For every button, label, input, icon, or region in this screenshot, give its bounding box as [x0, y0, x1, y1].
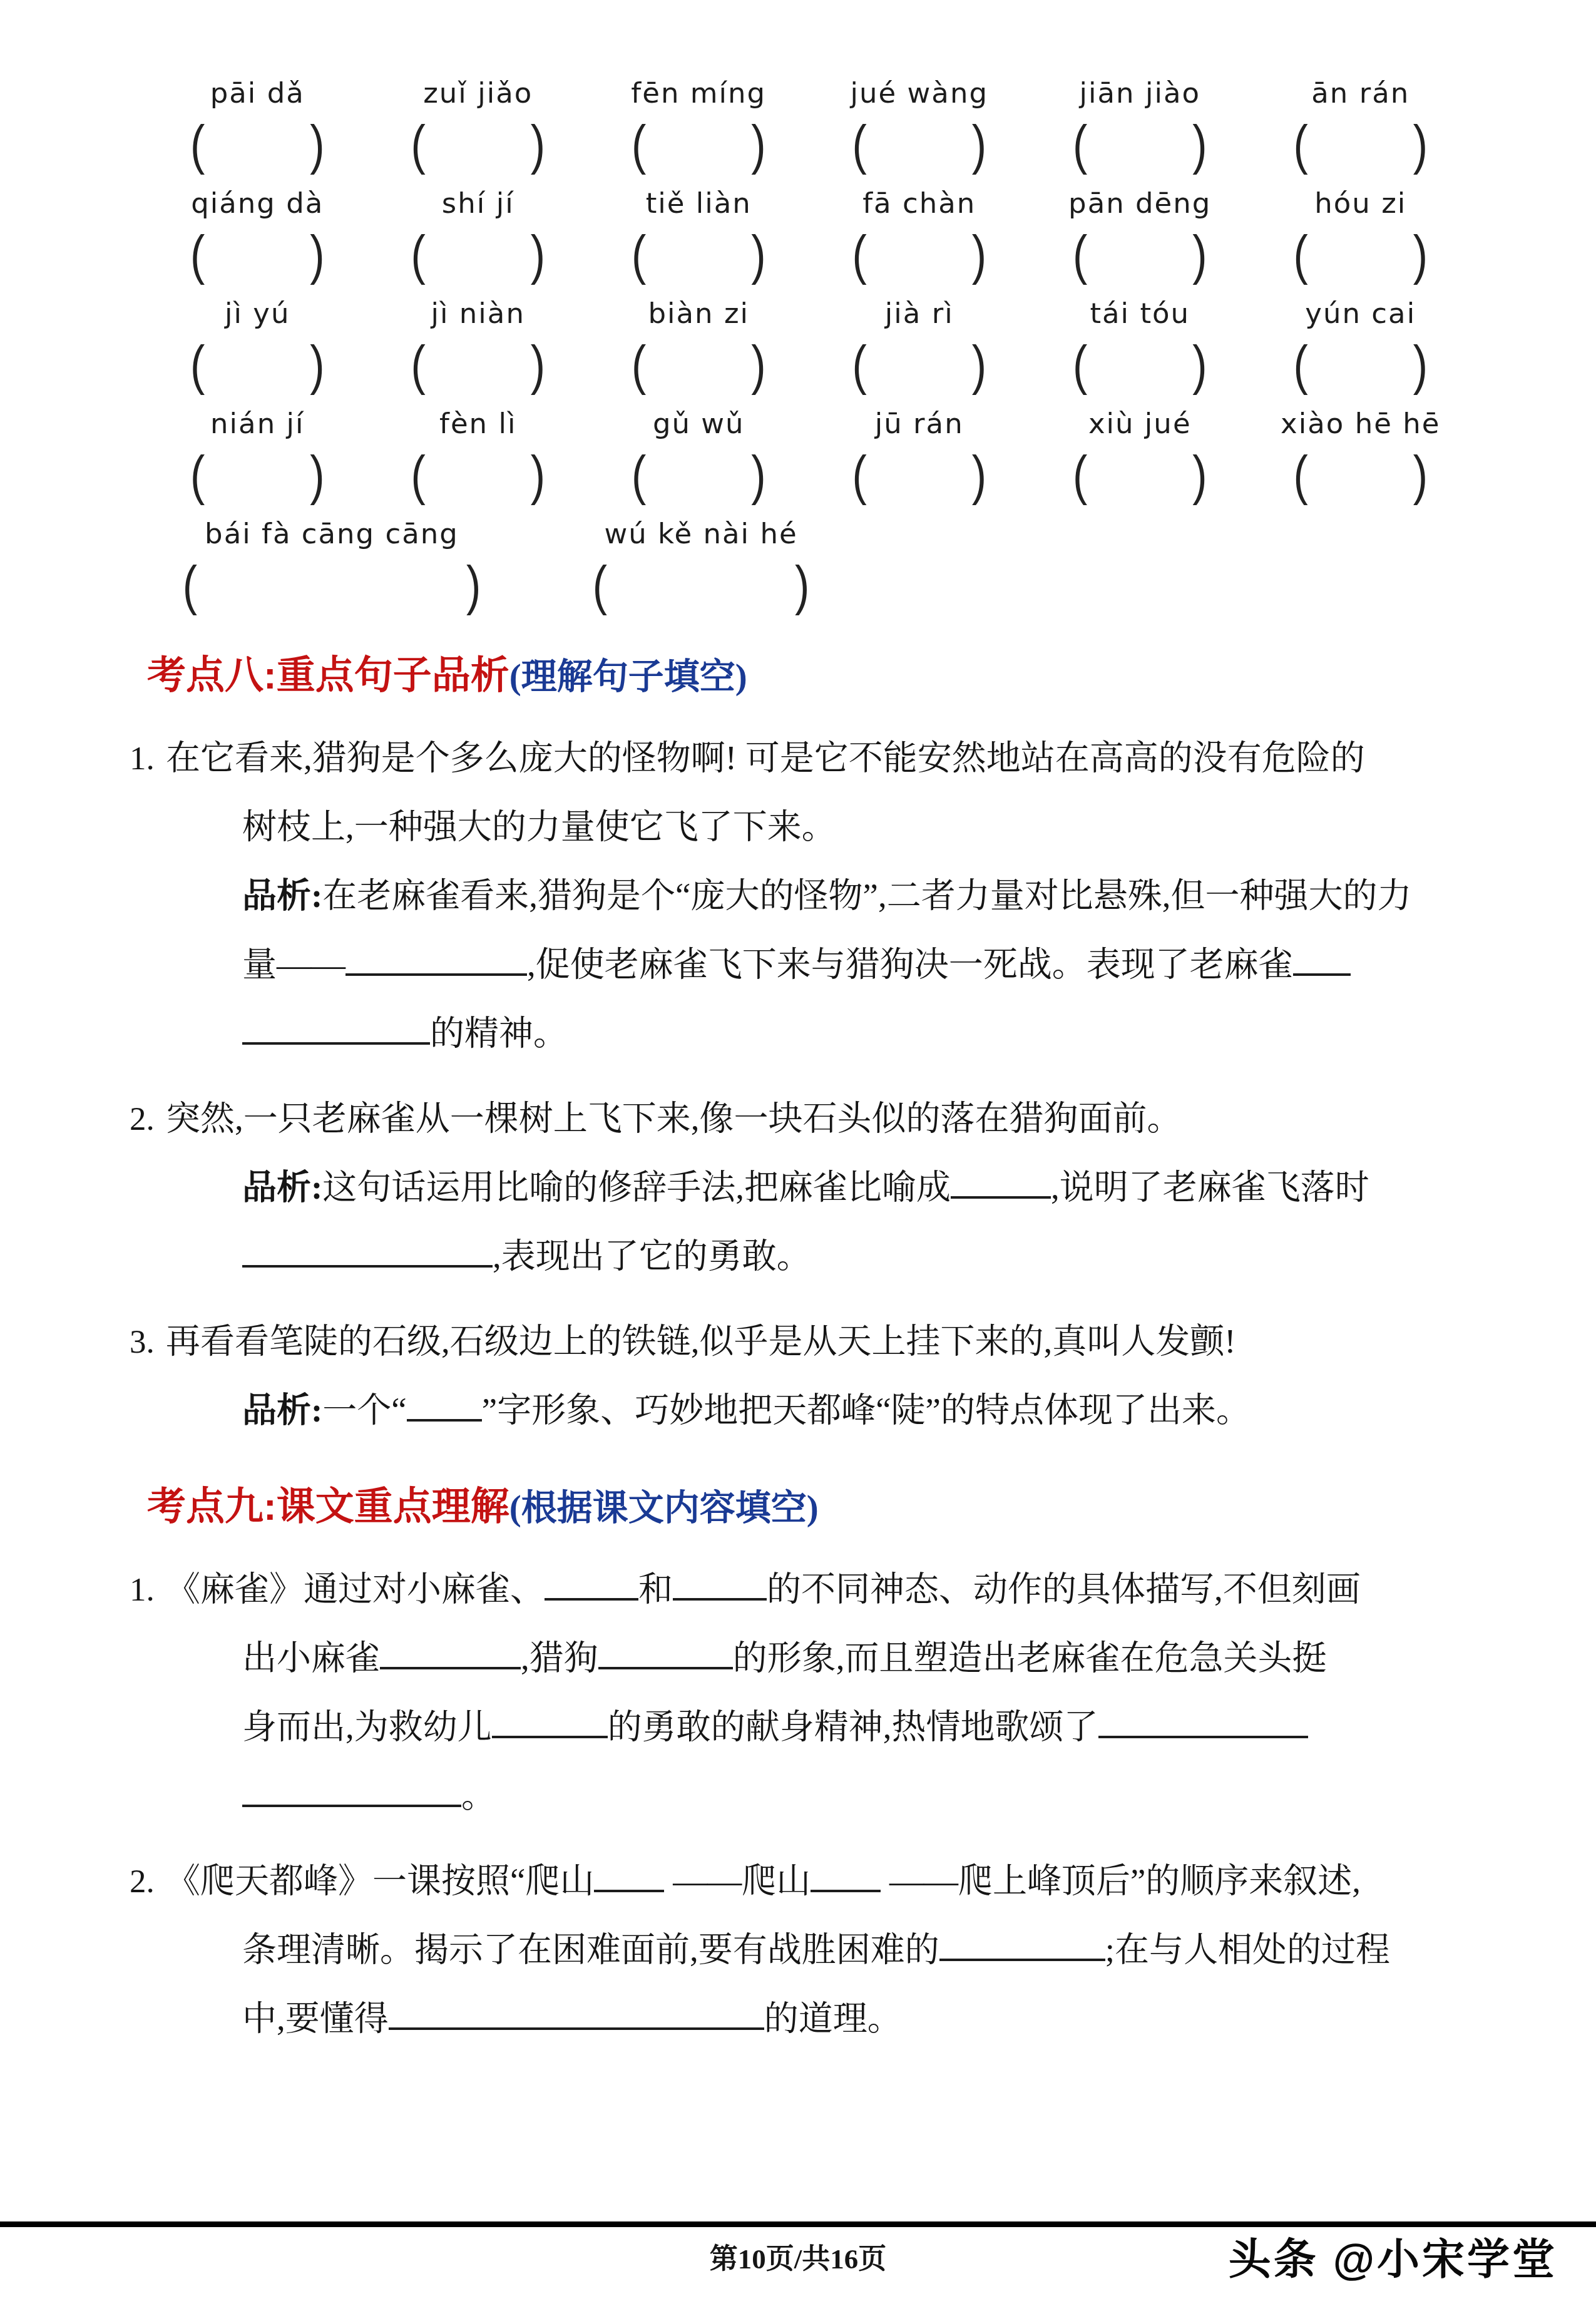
item-number: 1. [130, 1555, 166, 1624]
item-line: ,表现出了它的勇敢。 [242, 1222, 1541, 1291]
line-text: 的精神。 [430, 1014, 568, 1052]
pinyin-text: ān rán [1251, 70, 1471, 116]
worksheet-item: 1.在它看来,猎狗是个多么庞大的怪物啊! 可是它不能安然地站在高高的没有危险的树… [66, 724, 1541, 1068]
pinyin-text: shí jí [368, 180, 589, 227]
item-line: 树枝上,一种强大的力量使它飞了下来。 [242, 792, 1541, 861]
item-line: 品析:一个“”字形象、巧妙地把天都峰“陡”的特点体现了出来。 [242, 1376, 1541, 1445]
item-line: 出小麻雀,猎狗的形象,而且塑造出老麻雀在危急关头挺 [242, 1624, 1541, 1693]
close-paren: ) [972, 221, 986, 289]
fill-blank [242, 1775, 461, 1807]
answer-parens: () [809, 227, 1030, 283]
line-text: ,表现出了它的勇敢。 [493, 1237, 811, 1275]
pinyin-text: pān dēng [1030, 180, 1251, 227]
open-paren: ( [190, 221, 205, 289]
fill-blank [1293, 943, 1351, 976]
open-paren: ( [190, 441, 205, 509]
pinyin-item: jué wàng() [809, 70, 1030, 173]
line-text: 的不同神态、动作的具体描写,不但刻画 [767, 1570, 1361, 1608]
item-line: 品析:在老麻雀看来,猎狗是个“庞大的怪物”,二者力量对比悬殊,但一种强大的力 [242, 861, 1541, 930]
line-text: 身而出,为救幼儿 [242, 1708, 492, 1746]
analysis-label: 品析: [242, 1168, 322, 1206]
open-paren: ( [852, 221, 866, 289]
item-line: 3.再看看笔陡的石级,石级边上的铁链,似乎是从天上挂下来的,真叫人发颤! [130, 1307, 1541, 1376]
pinyin-text: pāi dǎ [147, 70, 368, 116]
close-paren: ) [795, 551, 809, 619]
analysis-label: 品析: [242, 1391, 322, 1429]
pinyin-text: jué wàng [809, 70, 1030, 116]
close-paren: ) [531, 441, 545, 509]
answer-parens: () [147, 337, 368, 393]
close-paren: ) [1192, 441, 1207, 509]
close-paren: ) [751, 331, 765, 399]
open-paren: ( [1293, 111, 1307, 178]
close-paren: ) [1413, 221, 1428, 289]
line-text: 在它看来,猎狗是个多么庞大的怪物啊! 可是它不能安然地站在高高的没有危险的 [166, 739, 1365, 777]
pinyin-row: qiáng dà()shí jí()tiě liàn()fā chàn()pān… [0, 180, 1596, 283]
close-paren: ) [310, 221, 324, 289]
line-text: 量—— [242, 945, 345, 983]
heading-note: (理解句子填空) [509, 657, 747, 697]
answer-parens: () [588, 227, 809, 283]
pinyin-item: jì yú() [147, 290, 368, 393]
pinyin-text: fā chàn [809, 180, 1030, 227]
item-line: 的精神。 [242, 999, 1541, 1068]
close-paren: ) [310, 441, 324, 509]
open-paren: ( [632, 331, 646, 399]
item-line: 2.《爬天都峰》一课按照“爬山 ——爬山 ——爬上峰顶后”的顺序来叙述, [130, 1847, 1541, 1915]
pinyin-text: jì niàn [368, 290, 589, 337]
pinyin-item: bái fà cāng cāng() [150, 511, 513, 613]
answer-parens: () [1030, 227, 1251, 283]
pinyin-text: jū rán [809, 401, 1030, 447]
pinyin-text: tái tóu [1030, 290, 1251, 337]
open-paren: ( [852, 441, 866, 509]
item-line: 品析:这句话运用比喻的修辞手法,把麻雀比喻成,说明了老麻雀飞落时 [242, 1153, 1541, 1222]
fill-blank [345, 943, 527, 976]
pinyin-item: zuǐ jiǎo() [368, 70, 589, 173]
pinyin-text: xiù jué [1030, 401, 1251, 447]
close-paren: ) [972, 441, 986, 509]
answer-parens: () [368, 447, 589, 503]
answer-parens: () [563, 557, 839, 613]
line-text: 这句话运用比喻的修辞手法,把麻雀比喻成 [322, 1168, 951, 1206]
close-paren: ) [972, 331, 986, 399]
pinyin-text: tiě liàn [588, 180, 809, 227]
line-text: 树枝上,一种强大的力量使它飞了下来。 [242, 807, 836, 846]
pinyin-item: gǔ wǔ() [588, 401, 809, 503]
pinyin-item: biàn zi() [588, 290, 809, 393]
fill-blank [407, 1389, 482, 1422]
pinyin-row: bái fà cāng cāng()wú kě nài hé() [0, 511, 1596, 613]
pinyin-row: nián jí()fèn lì()gǔ wǔ()jū rán()xiù jué(… [0, 401, 1596, 503]
pinyin-row: pāi dǎ()zuǐ jiǎo()fēn míng()jué wàng()ji… [0, 70, 1596, 173]
line-text: 一个“ [322, 1391, 406, 1429]
heading-note: (根据课文内容填空) [509, 1488, 819, 1528]
close-paren: ) [1413, 441, 1428, 509]
open-paren: ( [1073, 111, 1087, 178]
fill-blank [389, 1997, 764, 2030]
close-paren: ) [1192, 221, 1207, 289]
line-text: 的道理。 [764, 1999, 902, 2037]
pinyin-text: wú kě nài hé [563, 511, 839, 557]
pinyin-item: tái tóu() [1030, 290, 1251, 393]
line-text: 《麻雀》通过对小麻雀、 [166, 1570, 545, 1608]
item-line: 1.在它看来,猎狗是个多么庞大的怪物啊! 可是它不能安然地站在高高的没有危险的 [130, 724, 1541, 792]
item-number: 2. [130, 1085, 166, 1154]
answer-parens: () [588, 116, 809, 173]
line-text: ;在与人相处的过程 [1105, 1930, 1390, 1969]
fill-blank [380, 1637, 521, 1669]
line-text: ,说明了老麻雀飞落时 [1051, 1168, 1369, 1206]
line-text: 在老麻雀看来,猎狗是个“庞大的怪物”,二者力量对比悬殊,但一种强大的力 [322, 876, 1411, 915]
item-number: 1. [130, 724, 166, 793]
section-heading: 考点八:重点句子品析(理解句子填空) [147, 646, 1541, 706]
line-text: 的勇敢的献身精神,热情地歌颂了 [608, 1708, 1098, 1746]
open-paren: ( [632, 221, 646, 289]
line-text: 和 [638, 1570, 673, 1608]
close-paren: ) [531, 221, 545, 289]
open-paren: ( [1073, 441, 1087, 509]
pinyin-row: jì yú()jì niàn()biàn zi()jià rì()tái tóu… [0, 290, 1596, 393]
answer-parens: () [809, 116, 1030, 173]
fill-blank [1098, 1706, 1308, 1738]
pinyin-text: hóu zi [1251, 180, 1471, 227]
open-paren: ( [411, 111, 425, 178]
close-paren: ) [751, 441, 765, 509]
pinyin-item: yún cai() [1251, 290, 1471, 393]
heading-title: 考点九:课文重点理解 [147, 1485, 509, 1529]
pinyin-item: jì niàn() [368, 290, 589, 393]
fill-blank [242, 1235, 493, 1268]
close-paren: ) [751, 111, 765, 178]
fill-blank [492, 1706, 608, 1738]
pinyin-text: jì yú [147, 290, 368, 337]
pinyin-item: pāi dǎ() [147, 70, 368, 173]
close-paren: ) [751, 221, 765, 289]
fill-blank [811, 1860, 881, 1892]
close-paren: ) [972, 111, 986, 178]
fill-blank [545, 1568, 638, 1601]
answer-parens: () [1251, 227, 1471, 283]
item-line: 量——,促使老麻雀飞下来与猎狗决一死战。表现了老麻雀 [242, 930, 1541, 999]
answer-parens: () [147, 116, 368, 173]
worksheet-item: 2.突然,一只老麻雀从一棵树上飞下来,像一块石头似的落在猎狗面前。品析:这句话运… [66, 1084, 1541, 1291]
answer-parens: () [809, 337, 1030, 393]
pinyin-text: fèn lì [368, 401, 589, 447]
close-paren: ) [1413, 111, 1428, 178]
answer-parens: () [1251, 337, 1471, 393]
item-line: 2.突然,一只老麻雀从一棵树上飞下来,像一块石头似的落在猎狗面前。 [130, 1084, 1541, 1153]
line-text: ——爬上峰顶后”的顺序来叙述, [881, 1862, 1361, 1900]
open-paren: ( [1293, 331, 1307, 399]
pinyin-item: hóu zi() [1251, 180, 1471, 283]
answer-parens: () [150, 557, 513, 613]
line-text: 中,要懂得 [242, 1999, 389, 2037]
answer-parens: () [147, 447, 368, 503]
answer-parens: () [588, 447, 809, 503]
pinyin-text: yún cai [1251, 290, 1471, 337]
open-paren: ( [593, 551, 607, 619]
answer-parens: () [368, 227, 589, 283]
pinyin-text: fēn míng [588, 70, 809, 116]
pinyin-item: qiáng dà() [147, 180, 368, 283]
open-paren: ( [190, 331, 205, 399]
open-paren: ( [411, 221, 425, 289]
main-content: 考点八:重点句子品析(理解句子填空)1.在它看来,猎狗是个多么庞大的怪物啊! 可… [0, 646, 1596, 2053]
pinyin-text: gǔ wǔ [588, 401, 809, 447]
heading-title: 考点八:重点句子品析 [147, 654, 509, 697]
close-paren: ) [1192, 331, 1207, 399]
pinyin-text: zuǐ jiǎo [368, 70, 589, 116]
answer-parens: () [1251, 447, 1471, 503]
pinyin-item: xiào hē hē() [1251, 401, 1471, 503]
line-text: 条理清晰。揭示了在困难面前,要有战胜困难的 [242, 1930, 939, 1969]
close-paren: ) [531, 111, 545, 178]
worksheet-page: { "colors": { "heading_red": "#c41212", … [0, 0, 1596, 2316]
pinyin-item: tiě liàn() [588, 180, 809, 283]
pinyin-text: qiáng dà [147, 180, 368, 227]
pinyin-item: nián jí() [147, 401, 368, 503]
open-paren: ( [411, 331, 425, 399]
pinyin-item: shí jí() [368, 180, 589, 283]
line-text: 突然,一只老麻雀从一棵树上飞下来,像一块石头似的落在猎狗面前。 [166, 1099, 1182, 1137]
line-text: 再看看笔陡的石级,石级边上的铁链,似乎是从天上挂下来的,真叫人发颤! [166, 1322, 1236, 1360]
line-text: 的形象,而且塑造出老麻雀在危急关头挺 [733, 1639, 1327, 1677]
pinyin-item: pān dēng() [1030, 180, 1251, 283]
item-line: 。 [242, 1761, 1541, 1830]
close-paren: ) [310, 111, 324, 178]
answer-parens: () [1251, 116, 1471, 173]
item-line: 身而出,为救幼儿的勇敢的献身精神,热情地歌颂了 [242, 1693, 1541, 1761]
open-paren: ( [183, 551, 197, 619]
worksheet-item: 2.《爬天都峰》一课按照“爬山 ——爬山 ——爬上峰顶后”的顺序来叙述,条理清晰… [66, 1847, 1541, 2053]
item-line: 中,要懂得的道理。 [242, 1984, 1541, 2053]
worksheet-item: 1.《麻雀》通过对小麻雀、和的不同神态、动作的具体描写,不但刻画出小麻雀,猎狗的… [66, 1555, 1541, 1830]
pinyin-item: fā chàn() [809, 180, 1030, 283]
pinyin-text: xiào hē hē [1251, 401, 1471, 447]
analysis-label: 品析: [242, 876, 322, 915]
pinyin-section: pāi dǎ()zuǐ jiǎo()fēn míng()jué wàng()ji… [0, 0, 1596, 613]
open-paren: ( [1073, 221, 1087, 289]
answer-parens: () [588, 337, 809, 393]
pinyin-item: fèn lì() [368, 401, 589, 503]
line-text: ,猎狗 [521, 1639, 598, 1677]
pinyin-item: ān rán() [1251, 70, 1471, 173]
pinyin-text: biàn zi [588, 290, 809, 337]
close-paren: ) [531, 331, 545, 399]
pinyin-item: jià rì() [809, 290, 1030, 393]
close-paren: ) [1192, 111, 1207, 178]
item-number: 3. [130, 1308, 166, 1376]
fill-blank [242, 1012, 430, 1045]
fill-blank [673, 1568, 767, 1601]
answer-parens: () [1030, 447, 1251, 503]
pinyin-item: wú kě nài hé() [563, 511, 839, 613]
open-paren: ( [1293, 441, 1307, 509]
answer-parens: () [809, 447, 1030, 503]
pinyin-item: jiān jiào() [1030, 70, 1251, 173]
pinyin-text: jiān jiào [1030, 70, 1251, 116]
fill-blank [939, 1929, 1105, 1961]
line-text: 《爬天都峰》一课按照“爬山 [166, 1862, 594, 1900]
open-paren: ( [852, 331, 866, 399]
fill-blank [951, 1166, 1051, 1199]
open-paren: ( [632, 111, 646, 178]
line-text: 出小麻雀 [242, 1639, 380, 1677]
line-text: ,促使老麻雀飞下来与猎狗决一死战。表现了老麻雀 [527, 945, 1293, 983]
answer-parens: () [368, 337, 589, 393]
pinyin-text: jià rì [809, 290, 1030, 337]
line-text: ”字形象、巧妙地把天都峰“陡”的特点体现了出来。 [482, 1391, 1251, 1429]
answer-parens: () [147, 227, 368, 283]
pinyin-text: bái fà cāng cāng [150, 511, 513, 557]
pinyin-item: xiù jué() [1030, 401, 1251, 503]
pinyin-text: nián jí [147, 401, 368, 447]
pinyin-item: fēn míng() [588, 70, 809, 173]
item-line: 条理清晰。揭示了在困难面前,要有战胜困难的;在与人相处的过程 [242, 1915, 1541, 1984]
fill-blank [594, 1860, 664, 1892]
open-paren: ( [852, 111, 866, 178]
line-text: 。 [461, 1776, 496, 1815]
section-heading: 考点九:课文重点理解(根据课文内容填空) [147, 1477, 1541, 1537]
close-paren: ) [1413, 331, 1428, 399]
close-paren: ) [310, 331, 324, 399]
worksheet-item: 3.再看看笔陡的石级,石级边上的铁链,似乎是从天上挂下来的,真叫人发颤!品析:一… [66, 1307, 1541, 1445]
answer-parens: () [368, 116, 589, 173]
watermark: 头条 @小宋学堂 [1229, 2226, 1557, 2287]
line-text: ——爬山 [664, 1862, 811, 1900]
open-paren: ( [1073, 331, 1087, 399]
answer-parens: () [1030, 116, 1251, 173]
open-paren: ( [1293, 221, 1307, 289]
fill-blank [598, 1637, 733, 1669]
answer-parens: () [1030, 337, 1251, 393]
item-number: 2. [130, 1847, 166, 1916]
open-paren: ( [411, 441, 425, 509]
pinyin-item: jū rán() [809, 401, 1030, 503]
open-paren: ( [190, 111, 205, 178]
open-paren: ( [632, 441, 646, 509]
close-paren: ) [466, 551, 481, 619]
item-line: 1.《麻雀》通过对小麻雀、和的不同神态、动作的具体描写,不但刻画 [130, 1555, 1541, 1624]
